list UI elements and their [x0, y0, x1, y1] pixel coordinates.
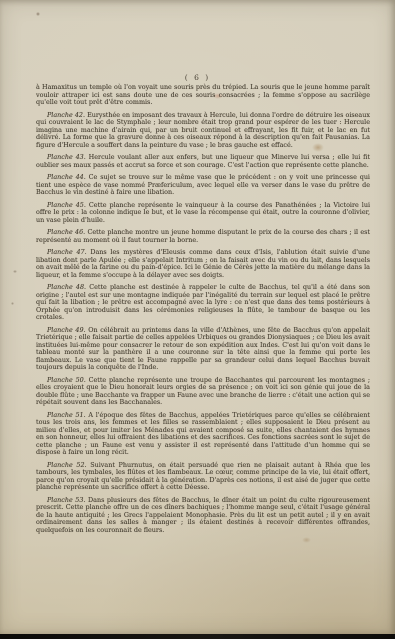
paragraph-text: Dans plusieurs des fêtes de Bacchus, le …: [36, 496, 370, 534]
paragraph-text: Ce sujet se trouve sur le même vase que …: [36, 173, 370, 196]
paragraph-intro: à Hamaxitus un temple où l'on voyait une…: [36, 84, 370, 107]
paragraph-text: Suivant Phurnutus, on était persuadé que…: [36, 461, 370, 492]
paragraph-planche-45: Planche 45. Cette planche représente le …: [36, 202, 370, 225]
paper-stain: [13, 270, 17, 273]
paragraph-planche-47: Planche 47. Dans les mystères d'Eleusis …: [36, 249, 370, 279]
paragraph-text: Cette planche représente une troupe de B…: [36, 376, 370, 407]
paragraph-planche-49: Planche 49. On célébrait au printems dan…: [36, 327, 370, 372]
paragraph-text: Cette planche représente le vainqueur à …: [36, 201, 370, 224]
paragraph-text: à Hamaxitus un temple où l'on voyait une…: [36, 83, 370, 106]
paragraph-planche-43: Planche 43. Hercule voulant aller aux en…: [36, 154, 370, 169]
paragraph-text: Cette planche est destinée à rappeler le…: [36, 283, 370, 321]
paragraph-planche-52: Planche 52. Suivant Phurnutus, on était …: [36, 462, 370, 492]
paragraph-planche-50: Planche 50. Cette planche représente une…: [36, 377, 370, 407]
paragraph-planche-46: Planche 46. Cette planche montre un jeun…: [36, 229, 370, 244]
paragraph-text: Dans les mystères d'Eleusis comme dans c…: [36, 248, 370, 279]
paragraph-planche-44: Planche 44. Ce sujet se trouve sur le mê…: [36, 174, 370, 197]
paper-stain: [36, 12, 40, 16]
paragraph-planche-51: Planche 51. A l'époque des fêtes de Bacc…: [36, 412, 370, 457]
page-number: ( 6 ): [0, 73, 395, 82]
paragraph-text: Cette planche montre un jeune homme disp…: [36, 228, 370, 244]
scanned-page: ( 6 ) à Hamaxitus un temple où l'on voya…: [0, 0, 395, 639]
paragraph-text: Eurysthée en imposant des travaux à Herc…: [36, 111, 370, 149]
paragraph-planche-53: Planche 53. Dans plusieurs des fêtes de …: [36, 497, 370, 535]
paragraph-planche-48: Planche 48. Cette planche est destinée à…: [36, 284, 370, 322]
paragraph-text: Hercule voulant aller aux enfers, but un…: [36, 153, 370, 169]
book-page: ( 6 ) à Hamaxitus un temple où l'on voya…: [0, 0, 395, 634]
text-block: à Hamaxitus un temple où l'on voyait une…: [36, 84, 370, 539]
paragraph-text: On célébrait au printems dans la ville d…: [36, 326, 370, 372]
paper-stain: [11, 302, 14, 305]
scan-bottom-edge: [0, 634, 395, 639]
paragraph-text: A l'époque des fêtes de Bacchus, appelée…: [36, 411, 370, 457]
paragraph-planche-42: Planche 42. Eurysthée en imposant des tr…: [36, 112, 370, 150]
